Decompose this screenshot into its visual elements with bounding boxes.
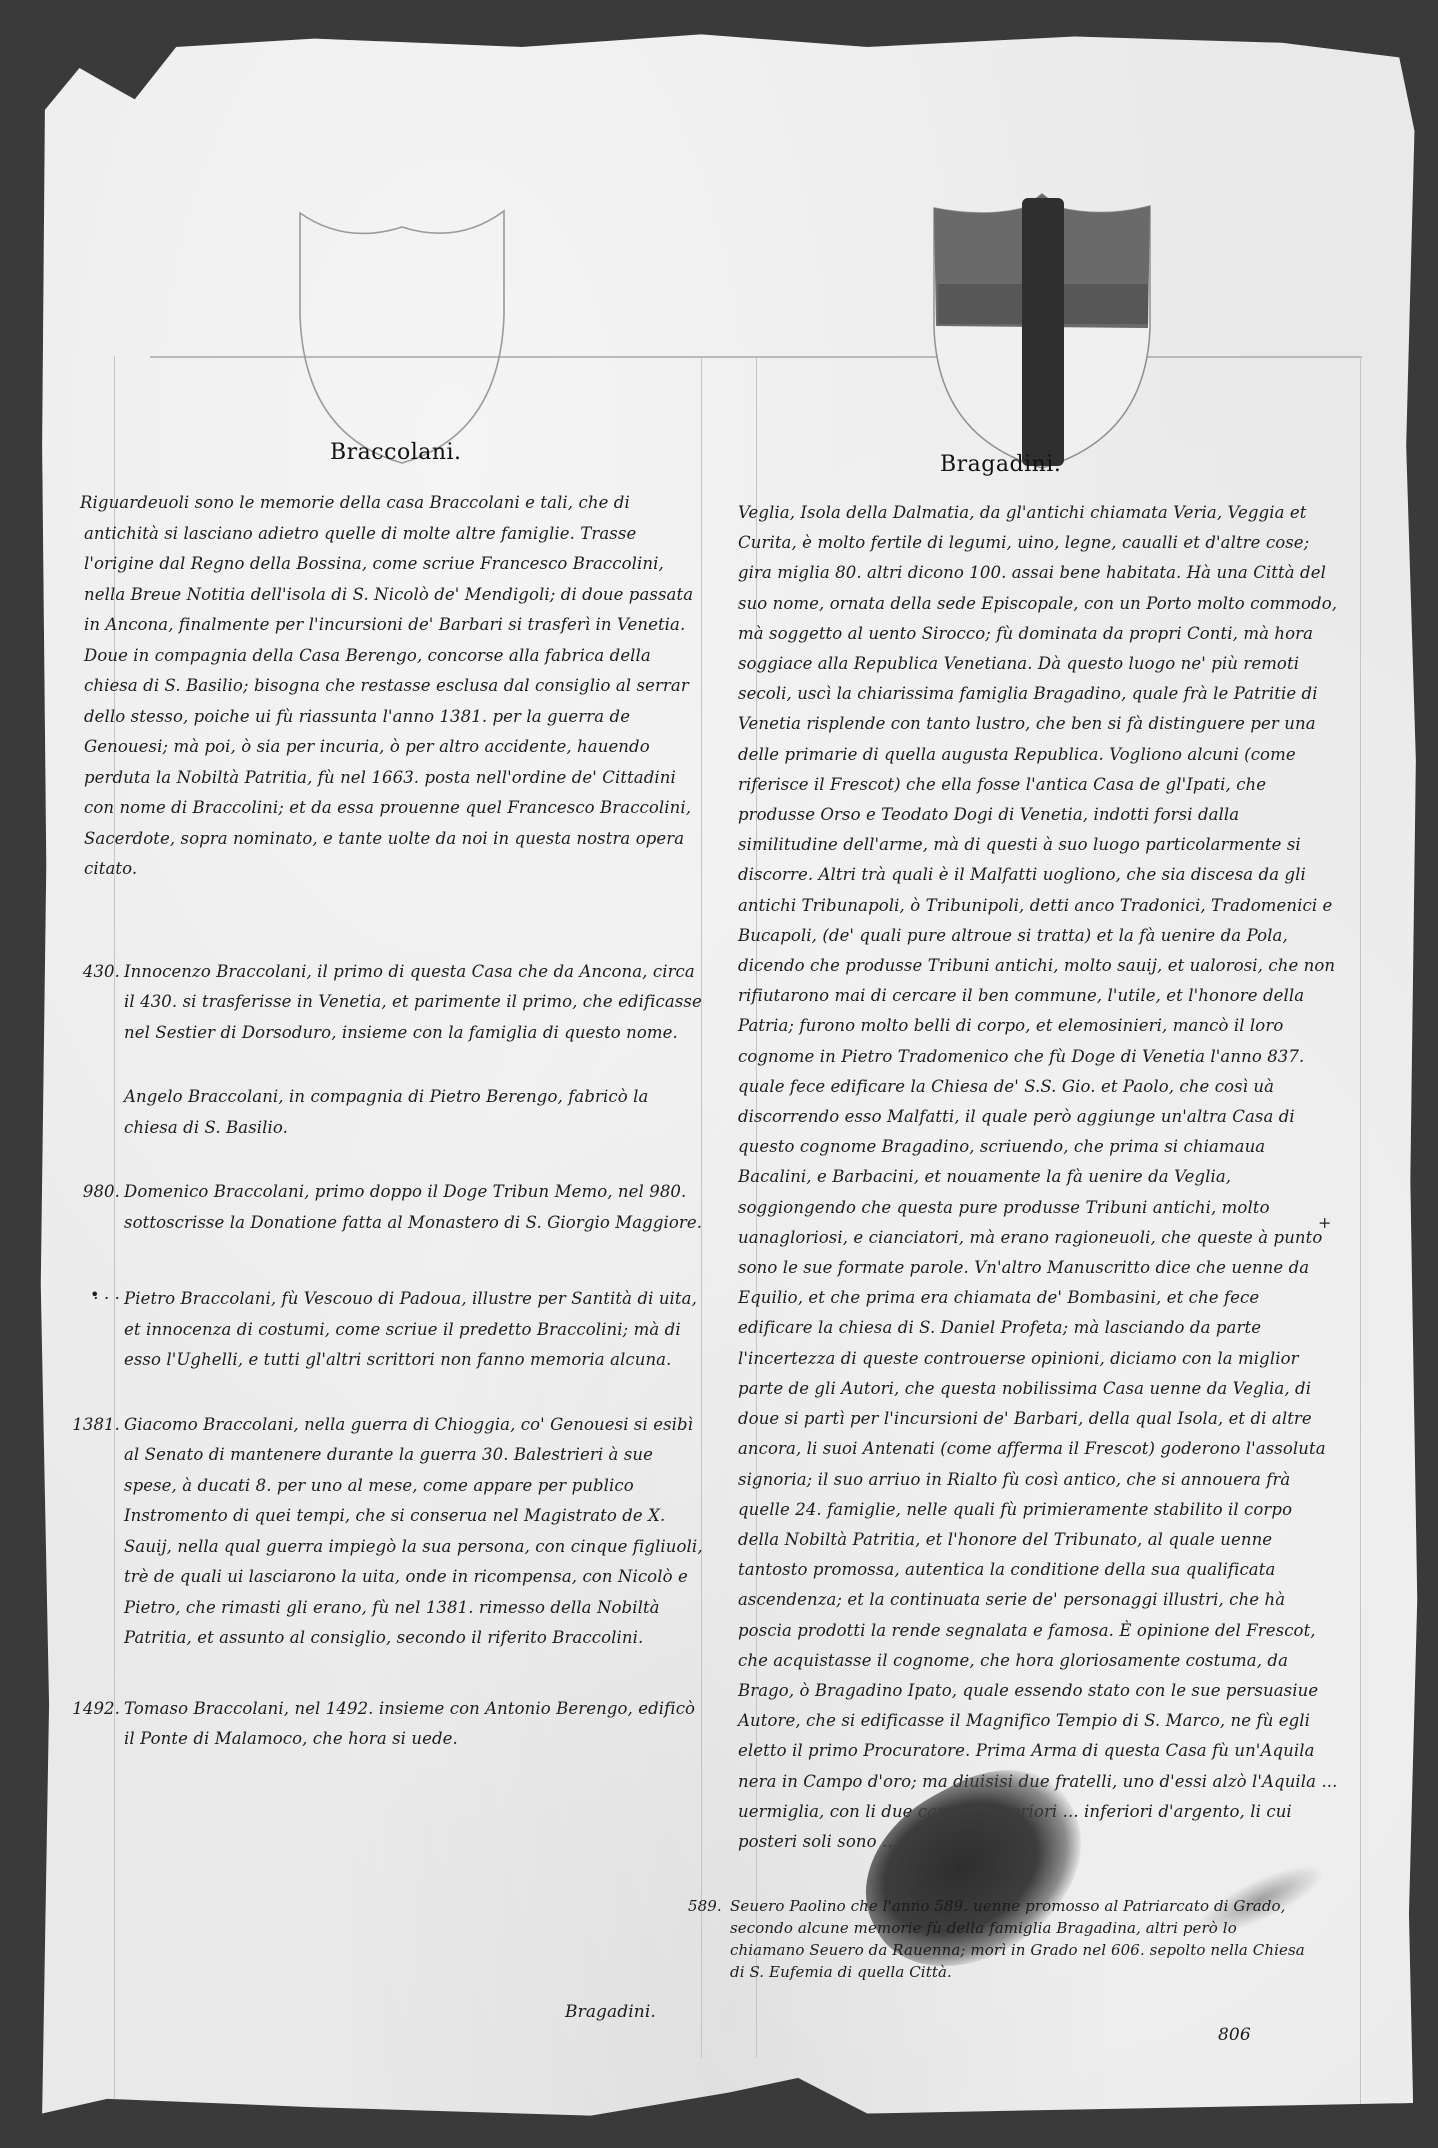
left-heading: Braccolani. — [330, 440, 462, 465]
entry-tomaso: 1492. Tomaso Braccolani, nel 1492. insie… — [84, 1694, 704, 1755]
entry-innocenzo: 430. Innocenzo Braccolani, il primo di q… — [84, 957, 704, 1049]
entry-text: Angelo Braccolani, in compagnia di Pietr… — [124, 1087, 648, 1137]
entry-severo-paolino: 589. Seuero Paolino che l'anno 589. uenn… — [688, 1895, 1308, 1983]
entry-giacomo: 1381. Giacomo Braccolani, nella guerra d… — [84, 1410, 704, 1654]
right-column-text: Veglia, Isola della Dalmatia, da gl'anti… — [738, 498, 1338, 1857]
entry-year: 980. — [62, 1177, 120, 1208]
catchword: Bragadini. — [565, 1997, 656, 2028]
right-margin-line — [1360, 356, 1361, 2116]
entry-text: Seuero Paolino che l'anno 589. uenne pro… — [688, 1895, 1308, 1983]
entry-year: 430. — [62, 957, 120, 988]
entry-text: Tomaso Braccolani, nel 1492. insieme con… — [124, 1699, 695, 1749]
entry-pietro: · · · Pietro Braccolani, fù Vescouo di P… — [84, 1284, 704, 1376]
left-column-text: Riguardeuoli sono le memorie della casa … — [84, 488, 704, 1755]
entry-year: 1381. — [62, 1410, 120, 1441]
entry-year: 589. — [688, 1895, 722, 1917]
entry-text: Giacomo Braccolani, nella guerra di Chio… — [124, 1415, 703, 1648]
braccolani-introduction: Riguardeuoli sono le memorie della casa … — [84, 488, 704, 885]
margin-dot-mark: • — [90, 1280, 100, 1311]
entry-text: Pietro Braccolani, fù Vescouo di Padoua,… — [124, 1289, 697, 1369]
right-heading: Bragadini. — [940, 452, 1061, 477]
entry-year: 1492. — [62, 1694, 120, 1725]
folio-number: 806 — [1218, 2020, 1251, 2051]
bragadini-coat-of-arms-icon — [924, 188, 1160, 470]
entry-text: Domenico Braccolani, primo doppo il Doge… — [124, 1182, 702, 1232]
braccolani-shield-outline-icon — [286, 205, 518, 467]
bragadini-introduction: Veglia, Isola della Dalmatia, da gl'anti… — [738, 498, 1338, 1857]
entry-angelo: Angelo Braccolani, in compagnia di Pietr… — [84, 1082, 704, 1143]
entry-domenico: 980. Domenico Braccolani, primo doppo il… — [84, 1177, 704, 1238]
entry-text: Innocenzo Braccolani, il primo di questa… — [124, 962, 702, 1042]
